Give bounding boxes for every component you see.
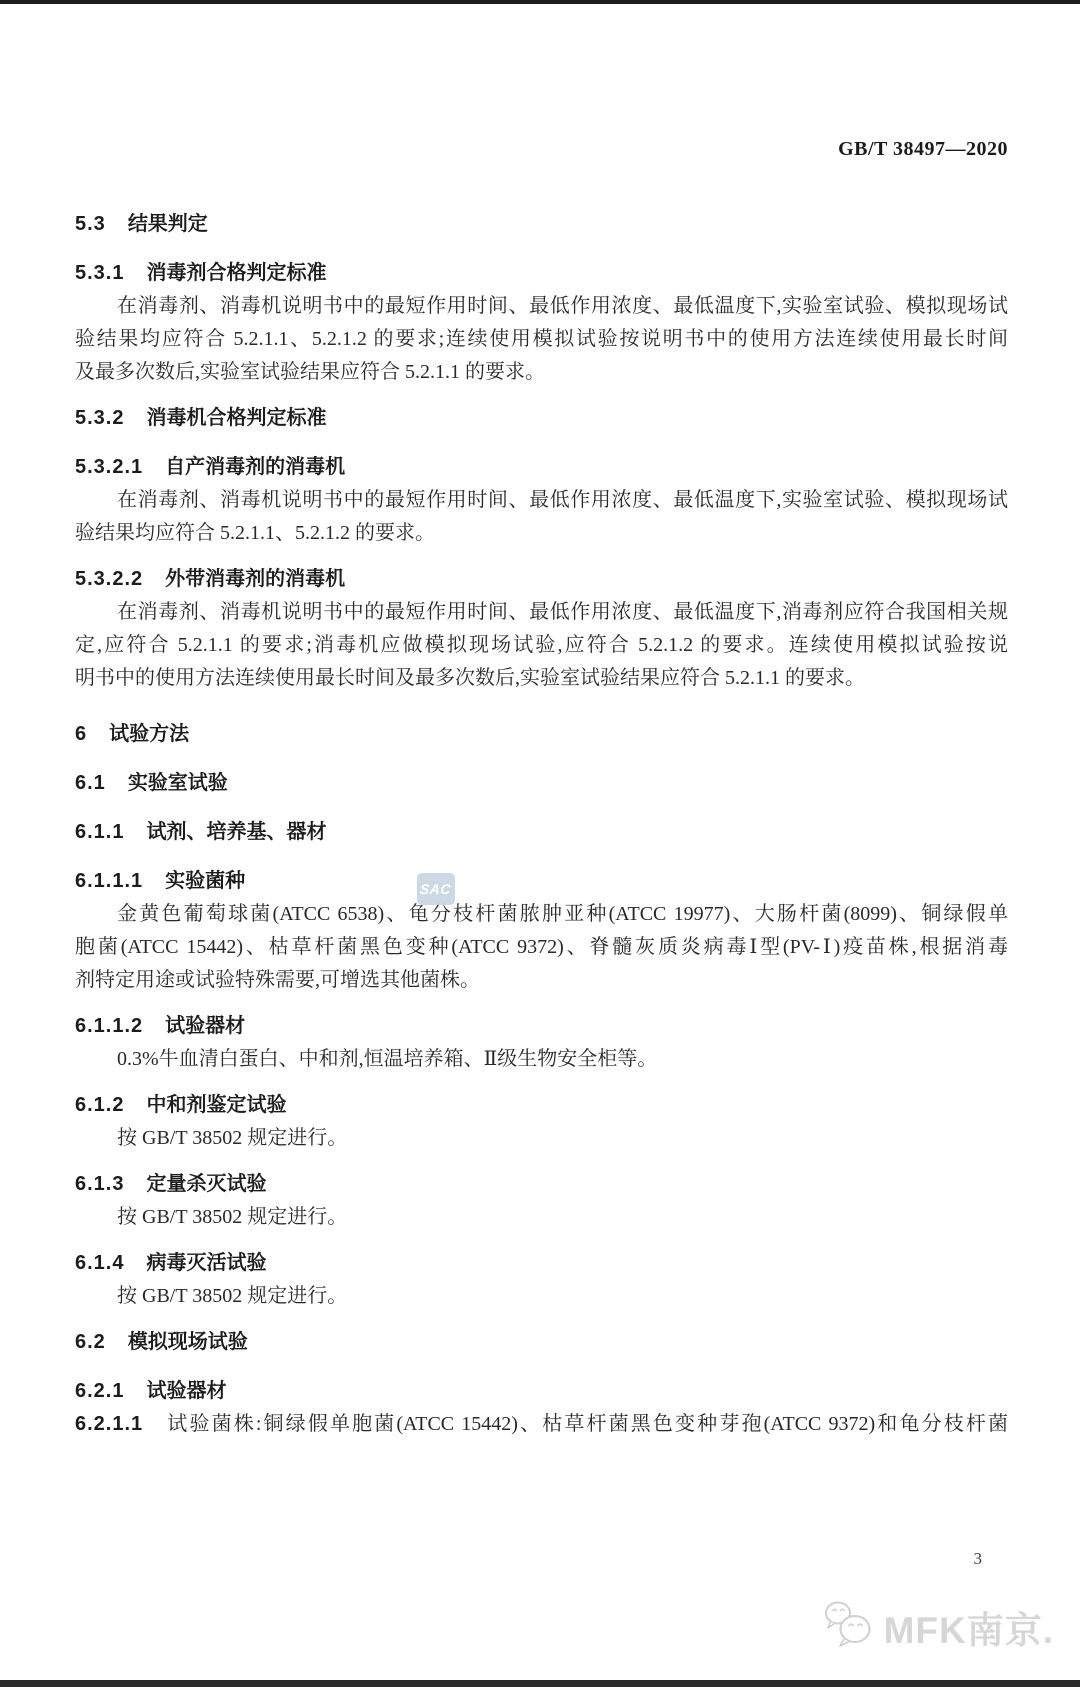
section-heading: 6.1.2中和剂鉴定试验 — [75, 1089, 1008, 1122]
footer-watermark: MFK南京. — [821, 1598, 1054, 1655]
section-number: 6 — [75, 718, 87, 751]
section-title: 试验器材 — [165, 1015, 245, 1037]
section-title: 病毒灭活试验 — [146, 1252, 266, 1274]
section-title: 消毒剂合格判定标准 — [146, 262, 326, 284]
section-heading: 5.3结果判定 — [75, 208, 1008, 241]
paragraph: 按 GB/T 38502 规定进行。 — [75, 1122, 1008, 1155]
section-heading: 6.1实验室试验 — [75, 767, 1008, 800]
section-number: 6.1.1.1 — [75, 865, 143, 898]
paragraph-line: 按 GB/T 38502 规定进行。 — [75, 1280, 1008, 1313]
paragraph: 金黄色葡萄球菌(ATCC 6538)、龟分枝杆菌脓肿亚种(ATCC 19977)… — [75, 898, 1008, 997]
section-title: 试验器材 — [146, 1380, 226, 1402]
paragraph-line: 金黄色葡萄球菌(ATCC 6538)、龟分枝杆菌脓肿亚种(ATCC 19977)… — [75, 898, 1008, 931]
paragraph-line: 在消毒剂、消毒机说明书中的最短作用时间、最低作用浓度、最低温度下,实验室试验、模… — [75, 484, 1008, 517]
section-number: 5.3.2.2 — [75, 563, 143, 596]
section-title: 消毒机合格判定标准 — [146, 407, 326, 429]
section-heading: 6.2.1试验器材 — [75, 1375, 1008, 1408]
section-number: 6.1.1.2 — [75, 1010, 143, 1043]
top-border-bar — [0, 0, 1080, 4]
paragraph-line: 剂特定用途或试验特殊需要,可增选其他菌株。 — [75, 964, 1008, 997]
section-heading: 5.3.1消毒剂合格判定标准 — [75, 257, 1008, 290]
section-number: 6.2.1 — [75, 1375, 124, 1408]
footer-watermark-text: MFK南京. — [884, 1600, 1054, 1654]
paragraph-line: 验结果均应符合 5.2.1.1、5.2.1.2 的要求。 — [75, 517, 1008, 550]
chapter-heading: 6试验方法 — [75, 718, 1008, 751]
section-heading: 6.1.4病毒灭活试验 — [75, 1247, 1008, 1280]
paragraph: 在消毒剂、消毒机说明书中的最短作用时间、最低作用浓度、最低温度下,实验室试验、模… — [75, 484, 1008, 550]
section-number: 5.3 — [75, 208, 106, 241]
paragraph: 0.3%牛血清白蛋白、中和剂,恒温培养箱、Ⅱ级生物安全柜等。 — [75, 1043, 1008, 1076]
section-heading: 6.1.1.1实验菌种 — [75, 865, 1008, 898]
paragraph: 在消毒剂、消毒机说明书中的最短作用时间、最低作用浓度、最低温度下,消毒剂应符合我… — [75, 596, 1008, 695]
paragraph-line: 在消毒剂、消毒机说明书中的最短作用时间、最低作用浓度、最低温度下,实验室试验、模… — [75, 290, 1008, 323]
paragraph-line: 验结果均应符合 5.2.1.1、5.2.1.2 的要求;连续使用模拟试验按说明书… — [75, 323, 1008, 356]
section-title: 外带消毒剂的消毒机 — [165, 568, 345, 590]
section-number: 6.1.1 — [75, 816, 124, 849]
section-title: 定量杀灭试验 — [146, 1173, 266, 1195]
section-number: 6.2 — [75, 1326, 106, 1359]
section-title: 试验方法 — [109, 723, 189, 745]
wechat-bubbles-icon — [821, 1598, 877, 1655]
section-number: 5.3.1 — [75, 257, 124, 290]
section-heading: 5.3.2.1自产消毒剂的消毒机 — [75, 451, 1008, 484]
section-number: 6.1.3 — [75, 1168, 124, 1201]
section-title: 自产消毒剂的消毒机 — [165, 456, 345, 478]
section-title: 结果判定 — [128, 213, 208, 235]
clause-runin: 6.2.1.1试验菌株:铜绿假单胞菌(ATCC 15442)、枯草杆菌黑色变种芽… — [75, 1408, 1008, 1441]
section-heading: 5.3.2.2外带消毒剂的消毒机 — [75, 563, 1008, 596]
section-number: 5.3.2.1 — [75, 451, 143, 484]
paragraph: 在消毒剂、消毒机说明书中的最短作用时间、最低作用浓度、最低温度下,实验室试验、模… — [75, 290, 1008, 389]
section-number: 6.1.4 — [75, 1247, 124, 1280]
page-number: 3 — [974, 1549, 983, 1569]
paragraph-line: 按 GB/T 38502 规定进行。 — [75, 1122, 1008, 1155]
section-title: 模拟现场试验 — [128, 1331, 248, 1353]
document-page: GB/T 38497—2020 5.3结果判定 5.3.1消毒剂合格判定标准 在… — [0, 0, 1080, 1687]
section-heading: 5.3.2消毒机合格判定标准 — [75, 402, 1008, 435]
paragraph-line: 定,应符合 5.2.1.1 的要求;消毒机应做模拟现场试验,应符合 5.2.1.… — [75, 629, 1008, 662]
section-title: 实验室试验 — [128, 772, 228, 794]
paragraph-line: 胞菌(ATCC 15442)、枯草杆菌黑色变种(ATCC 9372)、脊髓灰质炎… — [75, 931, 1008, 964]
bottom-border-bar — [0, 1680, 1080, 1687]
sac-watermark: SAC — [417, 873, 455, 905]
section-title: 实验菌种 — [165, 870, 245, 892]
section-heading: 6.1.1.2试验器材 — [75, 1010, 1008, 1043]
section-title: 中和剂鉴定试验 — [146, 1094, 286, 1116]
section-title: 试剂、培养基、器材 — [146, 821, 326, 843]
section-number: 6.2.1.1 — [75, 1413, 143, 1435]
section-number: 6.1 — [75, 767, 106, 800]
sac-watermark-text: SAC — [420, 881, 453, 897]
paragraph: 按 GB/T 38502 规定进行。 — [75, 1280, 1008, 1313]
standard-code-header: GB/T 38497—2020 — [838, 138, 1008, 161]
paragraph-line: 0.3%牛血清白蛋白、中和剂,恒温培养箱、Ⅱ级生物安全柜等。 — [75, 1043, 1008, 1076]
document-body: 5.3结果判定 5.3.1消毒剂合格判定标准 在消毒剂、消毒机说明书中的最短作用… — [75, 208, 1008, 1441]
section-number: 5.3.2 — [75, 402, 124, 435]
section-heading: 6.1.1试剂、培养基、器材 — [75, 816, 1008, 849]
section-heading: 6.2模拟现场试验 — [75, 1326, 1008, 1359]
clause-text: 试验菌株:铜绿假单胞菌(ATCC 15442)、枯草杆菌黑色变种芽孢(ATCC … — [165, 1413, 1008, 1435]
paragraph-line: 明书中的使用方法连续使用最长时间及最多次数后,实验室试验结果应符合 5.2.1.… — [75, 662, 1008, 695]
paragraph-line: 在消毒剂、消毒机说明书中的最短作用时间、最低作用浓度、最低温度下,消毒剂应符合我… — [75, 596, 1008, 629]
paragraph-line: 及最多次数后,实验室试验结果应符合 5.2.1.1 的要求。 — [75, 356, 1008, 389]
section-number: 6.1.2 — [75, 1089, 124, 1122]
paragraph: 按 GB/T 38502 规定进行。 — [75, 1201, 1008, 1234]
section-heading: 6.1.3定量杀灭试验 — [75, 1168, 1008, 1201]
paragraph-line: 按 GB/T 38502 规定进行。 — [75, 1201, 1008, 1234]
